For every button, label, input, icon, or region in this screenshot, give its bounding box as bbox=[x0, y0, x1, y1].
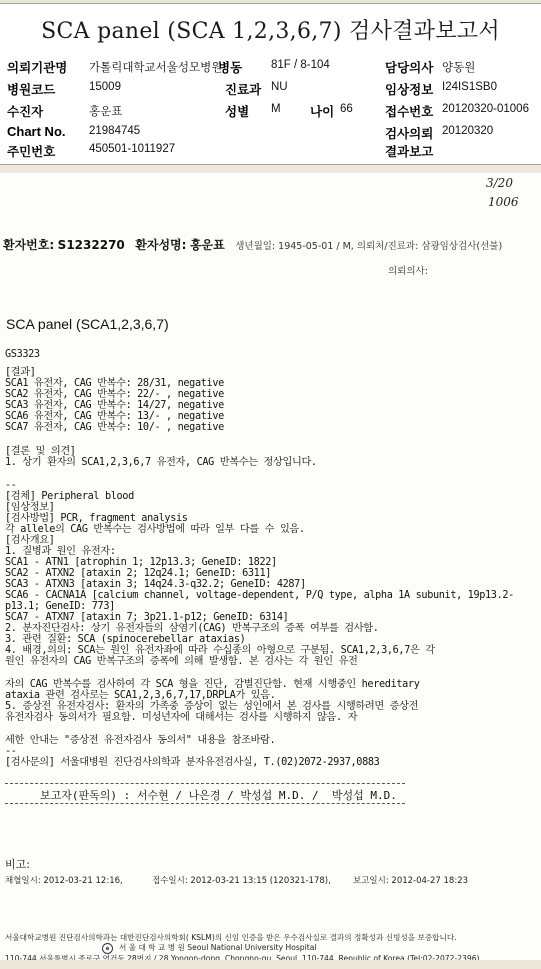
test-request-label: 검사의뢰 bbox=[385, 124, 433, 142]
patient-name-value: 홍운표 bbox=[190, 238, 225, 252]
panel-title: SCA panel (SCA1,2,3,6,7) bbox=[6, 316, 169, 332]
patient-no-label: 환자번호: bbox=[3, 238, 54, 252]
handwritten-date: 3/20 bbox=[486, 176, 513, 190]
result-line-sca3: SCA3 유전자, CAG 반복수: 14/27, negative bbox=[5, 400, 224, 411]
clinical-info-value: I24IS1SB0 bbox=[442, 81, 497, 93]
age-label: 나이 bbox=[310, 102, 334, 120]
overview-line: SCA3 - ATXN3 [ataxin 3; 14q24.3-q32.2; G… bbox=[5, 579, 306, 590]
overview-header: [검사개요] bbox=[5, 535, 55, 546]
report-datetime: 보고일시: 2012-04-27 18:23 bbox=[353, 874, 468, 886]
receipt-no-label: 접수번호 bbox=[385, 102, 433, 120]
sex-value: M bbox=[271, 103, 281, 115]
resident-no-label: 주민번호 bbox=[7, 142, 55, 160]
overview-line: SCA6 - CACNA1A [calcium channel, voltage… bbox=[5, 590, 514, 601]
hospital-logo-icon bbox=[102, 943, 113, 954]
patient-id-line: 환자번호: S1232270 환자성명: 홍운표 생년월일: 1945-05-0… bbox=[3, 236, 502, 253]
report-title: SCA panel (SCA 1,2,3,6,7) 검사결과보고서 bbox=[0, 14, 541, 45]
chart-no-value: 21984745 bbox=[89, 125, 140, 137]
receipt-no-value: 20120320-01006 bbox=[442, 103, 529, 115]
department-value: NU bbox=[271, 81, 288, 93]
separator: -- bbox=[5, 480, 17, 491]
reporter-line: 보고자(판독의) : 서수현 / 나은경 / 박성섭 M.D. / 박성섭 M.… bbox=[40, 787, 397, 803]
overview-line: SCA7 - ATXN7 [ataxin 7; 3p21.1-p12; Gene… bbox=[5, 612, 288, 623]
hospital-code-label: 병원코드 bbox=[7, 80, 55, 98]
conclusion-header: [결론 및 의견] bbox=[5, 446, 76, 457]
resident-no-value: 450501-1011927 bbox=[89, 143, 175, 155]
test-code: GS3323 bbox=[5, 349, 40, 360]
overview-line: 2. 분자진단검사: 상기 유전자들의 삼염기(CAG) 반복구조의 증폭 여부… bbox=[5, 623, 379, 634]
hospital-code-value: 15009 bbox=[89, 81, 121, 93]
overview-line: 4. 배경,의의: SCA는 원인 유전자좌에 따라 수십종의 아형으로 구분됨… bbox=[5, 645, 435, 656]
result-report-label: 결과보고 bbox=[385, 142, 433, 160]
result-line-sca1: SCA1 유전자, CAG 반복수: 28/31, negative bbox=[5, 378, 224, 389]
remark-label: 비고: bbox=[5, 856, 30, 872]
physician-label: 담당의사 bbox=[385, 58, 433, 76]
conclusion-text: 1. 상기 환자의 SCA1,2,3,6,7 유전자, CAG 반복수는 정상입… bbox=[5, 457, 317, 468]
method-line: [검사방법] PCR, fragment analysis bbox=[5, 513, 188, 524]
report-header: SCA panel (SCA 1,2,3,6,7) 검사결과보고서 의뢰기관명 … bbox=[0, 4, 541, 164]
referring-institution-value: 가톨릭대학교서울성모병원 bbox=[89, 59, 222, 75]
patient-name-label: 환자성명: bbox=[135, 238, 186, 252]
overview-line: ataxia 관련 검사로는 SCA1,2,3,6,7,17,DRPLA가 있음… bbox=[5, 690, 276, 701]
document-divider bbox=[0, 164, 541, 173]
overview-line: 자의 CAG 반복수를 검사하여 각 SCA 형을 진단, 감별진단함. 현재 … bbox=[5, 679, 420, 690]
overview-line: SCA1 - ATN1 [atrophin 1; 12p13.3; GeneID… bbox=[5, 557, 277, 568]
dashed-divider-bottom bbox=[5, 803, 405, 804]
overview-line: 원인 유전자의 CAG 반복구조의 증폭에 의해 발생함. 본 검사는 각 원인… bbox=[5, 656, 358, 667]
birth-and-referral: 생년월일: 1945-05-01 / M, 의뢰처/진료과: 삼광임상검사(선불… bbox=[235, 241, 502, 252]
overview-line: 유전자검사 동의서가 필요함. 미성년자에 대해서는 검사를 시행하지 않음. … bbox=[5, 712, 357, 723]
chart-no-label: Chart No. bbox=[7, 124, 66, 139]
department-label: 진료과 bbox=[225, 80, 261, 98]
specimen-line: [검체] Peripheral blood bbox=[5, 491, 134, 502]
hospital-name: 서 울 대 학 교 병 원 Seoul National University … bbox=[119, 943, 316, 952]
overview-line: 3. 관련 질환: SCA (spinocerebellar ataxias) bbox=[5, 634, 245, 645]
referring-doctor-label: 의뢰의사: bbox=[388, 263, 428, 277]
clinical-info-label: 임상정보 bbox=[385, 80, 433, 98]
overview-line: p13.1; GeneID: 773] bbox=[5, 601, 115, 612]
physician-value: 양동원 bbox=[442, 59, 475, 75]
contact-line: [검사문의] 서울대병원 진단검사의학과 분자유전검사실, T.(02)2072… bbox=[5, 757, 379, 768]
age-value: 66 bbox=[340, 103, 353, 115]
test-request-value: 20120320 bbox=[442, 125, 493, 137]
separator: -- bbox=[5, 746, 17, 757]
dashed-divider-top bbox=[5, 783, 405, 784]
clinical-info-line: [임상정보] bbox=[5, 502, 55, 513]
overview-line: SCA2 - ATXN2 [ataxin 2; 12q24.1; GeneID:… bbox=[5, 568, 271, 579]
bottom-border bbox=[0, 960, 541, 969]
ward-label: 병동 bbox=[218, 58, 242, 76]
result-line-sca6: SCA6 유전자, CAG 반복수: 13/- , negative bbox=[5, 411, 224, 422]
method-note: 각 allele의 CAG 반복수는 검사방법에 따라 일부 다를 수 있음. bbox=[5, 524, 305, 535]
ward-value: 81F / 8-104 bbox=[271, 59, 330, 71]
handwritten-number: 1006 bbox=[488, 195, 519, 209]
patient-label: 수진자 bbox=[7, 102, 43, 120]
patient-value: 홍운표 bbox=[89, 103, 122, 119]
sex-label: 성별 bbox=[225, 102, 249, 120]
overview-line: 세한 안내는 "증상전 유전자검사 동의서" 내용을 참조바람. bbox=[5, 735, 275, 746]
result-line-sca2: SCA2 유전자, CAG 반복수: 22/- , negative bbox=[5, 389, 224, 400]
receipt-datetime: 접수일시: 2012-03-21 13:15 (120321-178), bbox=[152, 874, 331, 886]
collection-datetime: 채혈일시: 2012-03-21 12:16, bbox=[5, 874, 123, 886]
overview-line: 5. 증상전 유전자검사: 환자의 가족중 증상이 없는 성인에서 본 검사를 … bbox=[5, 701, 418, 712]
patient-no-value: S1232270 bbox=[58, 238, 125, 252]
overview-line: 1. 질병과 원인 유전자: bbox=[5, 546, 116, 557]
hospital-name-line: 서 울 대 학 교 병 원 Seoul National University … bbox=[102, 942, 316, 954]
referring-institution-label: 의뢰기관명 bbox=[7, 58, 67, 76]
result-line-sca7: SCA7 유전자, CAG 반복수: 10/- , negative bbox=[5, 422, 224, 433]
result-header: [결과] bbox=[5, 367, 36, 378]
